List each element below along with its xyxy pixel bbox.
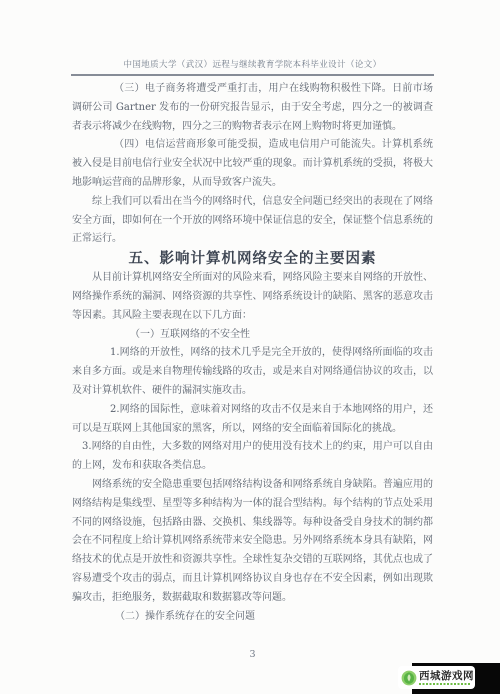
page-number: 3 (72, 649, 433, 660)
watermark-texts: 西城游戏网 (419, 670, 474, 686)
subheading-internet-insecurity: （一）互联网络的不安全性 (72, 326, 433, 345)
running-head-title: 中国地质大学（武汉）远程与继续教育学院本科毕业设计（论文） (72, 58, 433, 70)
watermark-site-badge: 西城游戏网 (398, 666, 475, 689)
paragraph-network-internationality: 2.网络的国际性，意味着对网络的攻击不仅是来自于本地网络的用户，还可以是互联网上… (72, 401, 433, 439)
paragraph-system-hidden-dangers: 网络系统的安全隐患重要包括网络结构设备和网络系统自身缺陷。普遍应用的网络结构是集… (72, 476, 433, 608)
paragraph-network-openness: 1.网络的开放性，网络的技术几乎是完全开放的，使得网络所面临的攻击来自多方面。或… (72, 344, 433, 400)
paragraph-network-freedom: 3.网络的自由性，大多数的网络对用户的使用没有技术上的约束，用户可以自由的上网，… (72, 438, 433, 476)
watermark-site-name: 西城游戏网 (419, 670, 474, 682)
subheading-os-security-issues: （二）操作系统存在的安全问题 (72, 608, 433, 627)
paragraph-telecom-impact: （四）电信运营商形象可能受损，造成电信用户可能流失。计算机系统被入侵是目前电信行… (72, 136, 433, 192)
watermark-subtext-strip (419, 683, 471, 685)
paragraph-ecommerce-impact: （三）电子商务将遭受严重打击，用户在线购物积极性下降。日前市场调研公司 Gart… (72, 80, 433, 136)
paragraph-summary: 综上我们可以看出在当今的网络时代，信息安全问题已经突出的表现在了网络安全方面，即… (72, 193, 433, 249)
paragraph-risk-overview: 从目前计算机网络安全所面对的风险来看，网络风险主要来自网络的开放性、网络操作系统… (72, 269, 433, 325)
document-page: 中国地质大学（武汉）远程与继续教育学院本科毕业设计（论文） （三）电子商务将遭受… (0, 0, 500, 694)
chapter-heading: 五、影响计算机网络安全的主要因素 (72, 249, 433, 269)
header-divider (71, 74, 434, 76)
leaf-badge-icon (401, 670, 417, 686)
document-body: （三）电子商务将遭受严重打击，用户在线购物积极性下降。日前市场调研公司 Gart… (72, 80, 433, 626)
